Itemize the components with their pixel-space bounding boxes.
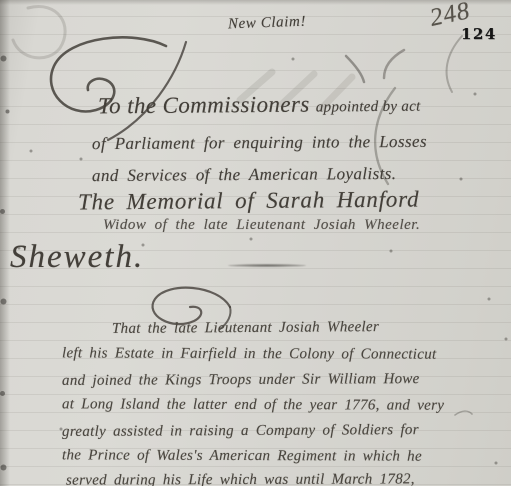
page-number-stamp: 124 (461, 25, 497, 43)
memorial-subtitle: Widow of the late Lieutenant Josiah Whee… (103, 217, 420, 234)
body-line: and joined the Kings Troops under Sir Wi… (62, 371, 420, 390)
salutation-line2: of Parliament for enquiring into the Los… (92, 132, 427, 154)
scan-edge-shadow-left (0, 0, 10, 486)
margin-ink-marks (0, 0, 3, 3)
sheweth-heading: Sheweth. (10, 239, 144, 276)
body-line: served during his Life which was until M… (66, 471, 415, 486)
manuscript-page: New Claim! 248 124 To the Commissioners … (0, 0, 511, 486)
sheweth-dash (228, 264, 306, 267)
salutation-line1: To the Commissioners appointed by act (98, 91, 421, 120)
body-line: left his Estate in Fairfield in the Colo… (62, 345, 437, 363)
body-line: That the late Lieutenant Josiah Wheeler (112, 319, 379, 338)
body-line: the Prince of Wales's American Regiment … (62, 447, 422, 465)
salutation-line1-appendix: appointed by act (316, 99, 421, 116)
capital-t-flourish-icon (18, 30, 193, 142)
salutation-line1-main: To the Commissioners (98, 92, 310, 119)
salutation-line3: and Services of the American Loyalists. (92, 164, 397, 186)
memorial-title: The Memorial of Sarah Hanford (78, 187, 420, 216)
new-claim-annotation: New Claim! (228, 14, 307, 34)
body-line: at Long Island the latter end of the yea… (62, 396, 444, 414)
body-line: greatly assisted in raising a Company of… (62, 422, 419, 441)
